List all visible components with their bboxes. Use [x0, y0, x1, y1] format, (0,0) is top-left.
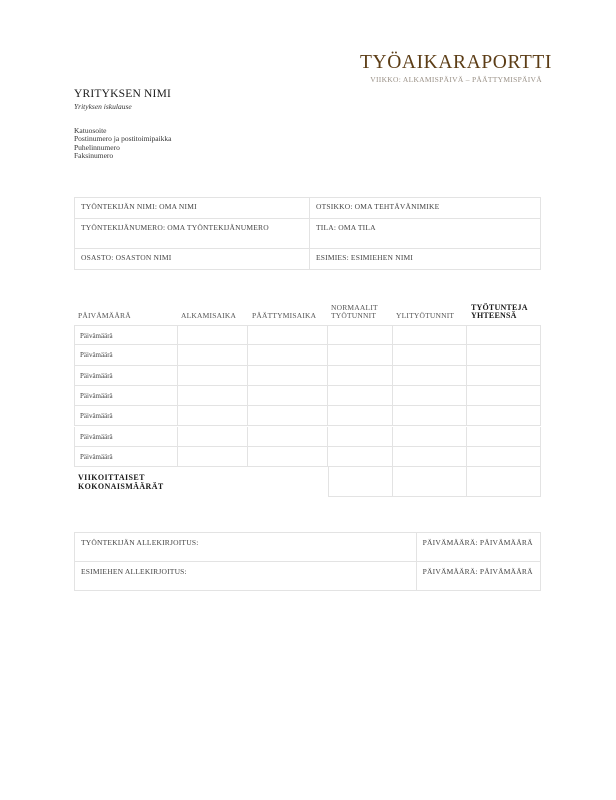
supervisor-signature-field[interactable]: ESIMIEHEN ALLEKIRJOITUS:	[75, 562, 417, 591]
company-address: Katuosoite Postinumero ja postitoimipaik…	[74, 127, 172, 160]
cell-overtime[interactable]	[393, 427, 467, 447]
cell-regular-hours[interactable]	[328, 325, 393, 345]
cell-overtime[interactable]	[393, 406, 467, 426]
fax-number[interactable]: Faksinumero	[74, 152, 172, 160]
cell-end-time[interactable]	[248, 447, 328, 467]
department-field[interactable]: OSASTO: OSASTON NIMI	[75, 249, 310, 270]
cell-total-hours[interactable]	[467, 406, 541, 426]
cell-start-time[interactable]	[178, 427, 248, 447]
employee-signature-date[interactable]: PÄIVÄMÄÄRÄ: PÄIVÄMÄÄRÄ	[416, 533, 540, 562]
employee-number-field[interactable]: TYÖNTEKIJÄNUMERO: OMA TYÖNTEKIJÄNUMERO	[75, 219, 310, 249]
week-range[interactable]: VIIKKO: ALKAMISPÄIVÄ – PÄÄTTYMISPÄIVÄ	[370, 75, 542, 84]
report-title: TYÖAIKARAPORTTI	[360, 52, 552, 74]
cell-end-time[interactable]	[248, 427, 328, 447]
cell-date[interactable]: Päivämäärä	[74, 366, 178, 386]
supervisor-field[interactable]: ESIMIES: ESIMIEHEN NIMI	[310, 249, 541, 270]
cell-start-time[interactable]	[178, 366, 248, 386]
col-header-overtime: YLITYÖTUNNIT	[396, 312, 454, 320]
cell-start-time[interactable]	[178, 345, 248, 365]
company-name[interactable]: YRITYKSEN NIMI	[74, 88, 171, 100]
cell-regular-hours[interactable]	[328, 427, 393, 447]
job-title-field[interactable]: OTSIKKO: OMA TEHTÄVÄNIMIKE	[310, 198, 541, 219]
cell-total-hours[interactable]	[467, 386, 541, 406]
cell-start-time[interactable]	[178, 325, 248, 345]
cell-total-hours[interactable]	[467, 325, 541, 345]
cell-date[interactable]: Päivämäärä	[74, 406, 178, 426]
cell-end-time[interactable]	[248, 386, 328, 406]
cell-total-hours[interactable]	[467, 427, 541, 447]
cell-date[interactable]: Päivämäärä	[74, 325, 178, 345]
cell-overtime[interactable]	[393, 447, 467, 467]
weekly-totals-label: VIIKOITTAISET KOKONAISMÄÄRÄT	[78, 474, 188, 491]
status-field[interactable]: TILA: OMA TILA	[310, 219, 541, 249]
employee-info-table: TYÖNTEKIJÄN NIMI: OMA NIMI OTSIKKO: OMA …	[74, 197, 541, 270]
cell-start-time[interactable]	[178, 406, 248, 426]
col-header-date: PÄIVÄMÄÄRÄ	[78, 312, 131, 320]
cell-regular-hours[interactable]	[328, 366, 393, 386]
col-header-regular-hours: NORMAALIT TYÖTUNNIT	[331, 304, 391, 319]
cell-end-time[interactable]	[248, 366, 328, 386]
cell-total-hours[interactable]	[467, 447, 541, 467]
supervisor-signature-date[interactable]: PÄIVÄMÄÄRÄ: PÄIVÄMÄÄRÄ	[416, 562, 540, 591]
cell-overtime[interactable]	[393, 345, 467, 365]
cell-regular-hours[interactable]	[328, 406, 393, 426]
cell-regular-hours[interactable]	[328, 447, 393, 467]
cell-start-time[interactable]	[178, 447, 248, 467]
cell-regular-hours[interactable]	[328, 386, 393, 406]
total-regular-hours[interactable]	[328, 467, 393, 497]
col-header-end-time: PÄÄTTYMISAIKA	[252, 312, 316, 320]
cell-overtime[interactable]	[393, 366, 467, 386]
cell-end-time[interactable]	[248, 406, 328, 426]
cell-date[interactable]: Päivämäärä	[74, 386, 178, 406]
signature-table: TYÖNTEKIJÄN ALLEKIRJOITUS: PÄIVÄMÄÄRÄ: P…	[74, 532, 541, 591]
total-total-hours[interactable]	[467, 467, 541, 497]
cell-overtime[interactable]	[393, 325, 467, 345]
employee-name-field[interactable]: TYÖNTEKIJÄN NIMI: OMA NIMI	[75, 198, 310, 219]
cell-start-time[interactable]	[178, 386, 248, 406]
cell-regular-hours[interactable]	[328, 345, 393, 365]
cell-total-hours[interactable]	[467, 345, 541, 365]
col-header-start-time: ALKAMISAIKA	[181, 312, 236, 320]
total-overtime[interactable]	[393, 467, 467, 497]
col-header-total-hours: TYÖTUNTEJA YHTEENSÄ	[471, 304, 541, 320]
company-slogan[interactable]: Yrityksen iskulause	[74, 102, 132, 111]
cell-date[interactable]: Päivämäärä	[74, 427, 178, 447]
cell-date[interactable]: Päivämäärä	[74, 447, 178, 467]
employee-signature-field[interactable]: TYÖNTEKIJÄN ALLEKIRJOITUS:	[75, 533, 417, 562]
cell-end-time[interactable]	[248, 345, 328, 365]
cell-end-time[interactable]	[248, 325, 328, 345]
cell-total-hours[interactable]	[467, 366, 541, 386]
cell-overtime[interactable]	[393, 386, 467, 406]
cell-date[interactable]: Päivämäärä	[74, 345, 178, 365]
